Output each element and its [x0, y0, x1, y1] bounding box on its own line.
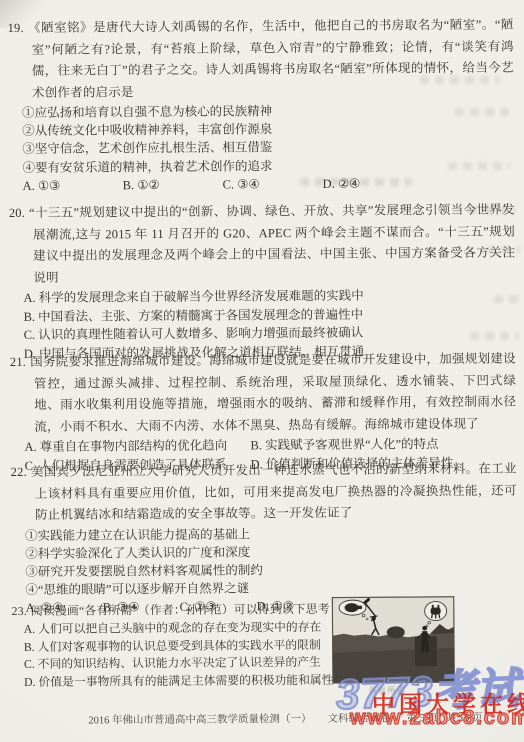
question-stem-text: 阅读漫画“各有所需”（作者：孙作范）可以得到以下思考 — [31, 602, 330, 618]
choice-d: D. 价值是一事物所具有的能满足主体需要的积极功能和属性 — [12, 672, 338, 692]
question-stem: 19.《陋室铭》是唐代大诗人刘禹锡的名作，生活中，他把自己的书房取名为“陋室”。… — [7, 14, 514, 104]
footer-exam-title: 2016 年佛山市普通高中高三教学质量检测（一） — [88, 714, 311, 727]
answer-choices: A. 人们可以把自己头脑中的观念的存在变为现实中的存在 B. 人们对客观事物的认… — [12, 619, 338, 692]
choice-a: A. 人们可以把自己头脑中的观念的存在变为现实中的存在 — [12, 619, 338, 639]
choice-b: B. 人们对客观事物的认识总要受到具体的实践水平的限制 — [12, 636, 338, 656]
choice-b: B. 实践赋予客观世界“人化”的特点 — [250, 434, 516, 455]
choice-a: A. 尊重自在事物内部结构的优化趋向 — [24, 436, 250, 457]
question-number: 21. — [10, 355, 26, 369]
question-stem-text: 美国宾夕法尼亚州立大学研究人员开发出一种连水蒸气也不沾的新型纳米材料。在工业上该… — [31, 461, 517, 521]
question-number: 19. — [7, 21, 23, 35]
question-stem-text: “十三五”规划建议中提出的“创新、协调、绿色、开放、共享”发展理念引领当今世界发… — [29, 202, 515, 284]
question-stem-text: 国务院要求推进海绵城市建设。海绵城市建设就是要在城市开发建设中，加强规划建设管控… — [30, 351, 516, 433]
page-content: 19.《陋室铭》是唐代大诗人刘禹锡的名作，生活中，他把自己的书房取名为“陋室”。… — [0, 0, 524, 742]
question-number: 20. — [9, 206, 25, 220]
question-stem: 20.“十三五”规划建议中提出的“创新、协调、绿色、开放、共享”发展理念引领当今… — [9, 199, 516, 289]
choice-a: A. ①③ — [23, 176, 123, 196]
question-22: 22.美国宾夕法尼亚州立大学研究人员开发出一种连水蒸气也不沾的新型纳米材料。在工… — [11, 458, 518, 618]
question-20: 20.“十三五”规划建议中提出的“创新、协调、绿色、开放、共享”发展理念引领当今… — [9, 199, 516, 363]
answer-choices: A. ①③ B. ①② C. ③④ D. ②④ — [9, 173, 515, 196]
option-statements: ①实践能力建立在认识能力提高的基础上 ②科学实验深化了人类认识的广度和深度 ③研… — [11, 523, 517, 599]
question-21: 21.国务院要求推进海绵城市建设。海绵城市建设就是要在城市开发建设中，加强规划建… — [10, 348, 517, 476]
choice-c: C. ③④ — [223, 175, 323, 195]
question-23: 23.阅读漫画“各有所需”（作者：孙作范）可以得到以下思考 A. 人们可以把自己… — [12, 599, 339, 692]
question-stem: 22.美国宾夕法尼亚州立大学研究人员开发出一种连水蒸气也不沾的新型纳米材料。在工… — [11, 458, 517, 526]
question-number: 23. — [12, 604, 27, 618]
option-statements: ①应弘扬和培育以自强不息为核心的民族精神 ②从传统文化中吸收精神养料，丰富创作源… — [8, 100, 514, 176]
question-stem: 21.国务院要求推进海绵城市建设。海绵城市建设就是要在城市开发建设中，加强规划建… — [10, 348, 517, 438]
choice-c: C. 不同的知识结构、认识能力水平决定了认识差异的产生 — [12, 654, 338, 674]
choice-b: B. ①② — [123, 175, 223, 195]
scanned-exam-page: 19.《陋室铭》是唐代大诗人刘禹锡的名作，生活中，他把自己的书房取名为“陋室”。… — [0, 0, 524, 742]
question-stem-text: 《陋室铭》是唐代大诗人刘禹锡的名作，生活中，他把自己的书房取名为“陋室”。“陋室… — [28, 17, 514, 99]
question-19: 19.《陋室铭》是唐代大诗人刘禹锡的名作，生活中，他把自己的书房取名为“陋室”。… — [7, 14, 514, 195]
question-stem: 23.阅读漫画“各有所需”（作者：孙作范）可以得到以下思考 — [12, 599, 338, 621]
question-number: 22. — [11, 465, 27, 479]
watermark-site-url: www.2abc8.com — [350, 707, 524, 730]
choice-d: D. ②④ — [323, 174, 423, 194]
